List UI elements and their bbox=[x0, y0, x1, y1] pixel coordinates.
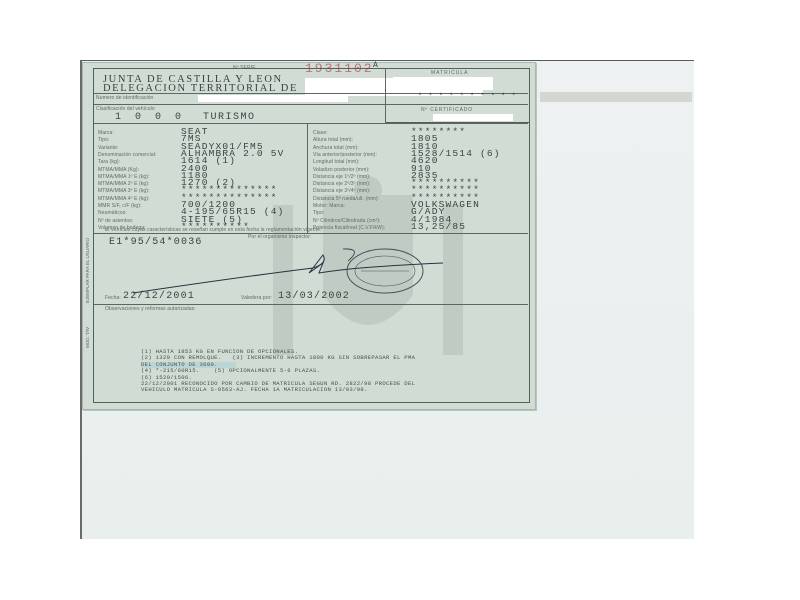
field-label: Nº de asientos: bbox=[98, 218, 133, 224]
field-label: MTMA/MMA 1º E (kg): bbox=[98, 174, 150, 180]
observations-label: Observaciones y reformas autorizadas: bbox=[105, 306, 196, 312]
vehicle-technical-card: Nº SERIE 1931102 A JUNTA DE CASTILLA Y L… bbox=[82, 62, 536, 410]
inspector-label: Por el organismo inspector: bbox=[248, 234, 312, 240]
certificado-label: Nº CERTIFICADO bbox=[421, 107, 473, 113]
redacted-certificado bbox=[433, 114, 513, 121]
field-label: MTMA/MMA 4º E (kg): bbox=[98, 196, 150, 202]
fecha-value: 22/12/2001 bbox=[123, 291, 195, 302]
field-label: Vía anterior/posterior (mm): bbox=[313, 152, 377, 158]
valedero-value: 13/03/2002 bbox=[278, 291, 350, 302]
divider bbox=[93, 104, 528, 105]
field-label: MTMA/MMA 2º E (kg): bbox=[98, 181, 150, 187]
field-label: Tara (kg): bbox=[98, 159, 120, 165]
field-label: Distancia 5ª rueda/ult. (mm): bbox=[313, 196, 379, 202]
field-label: Neumáticos: bbox=[98, 210, 127, 216]
fecha-label: Fecha: bbox=[105, 295, 121, 301]
divider bbox=[93, 123, 528, 124]
field-label: Tipo: bbox=[98, 137, 109, 143]
field-label: Altura total (mm): bbox=[313, 137, 353, 143]
field-label: Marca: bbox=[98, 130, 114, 136]
valedero-label: Valedera por: bbox=[241, 295, 272, 301]
field-label: MTMA/MMA 3º E (kg): bbox=[98, 188, 150, 194]
matricula-dots: * * * * * * * * * * bbox=[418, 93, 517, 101]
field-label: Clase: bbox=[313, 130, 328, 136]
field-label: Motor: Marca: bbox=[313, 203, 345, 209]
field-label: Distancia eje 3º/4º (mm): bbox=[313, 188, 371, 194]
field-label: MMR S/F, c/F (kg): bbox=[98, 203, 141, 209]
observation-line: VEHICULO MATRICULA S-9563-AJ. FECHA 1A M… bbox=[141, 387, 368, 393]
compliance-text: El vehículo cuyas características se res… bbox=[105, 227, 322, 233]
identificacion-label: Numero de identificación bbox=[96, 95, 153, 101]
matricula-label: MATRICULA bbox=[431, 70, 469, 76]
field-label: Tipo: bbox=[313, 210, 324, 216]
field-value: 13,25/85 bbox=[411, 221, 466, 232]
divider bbox=[385, 68, 386, 123]
field-label: Nº Cilindros/Cilindrada (cm³): bbox=[313, 218, 381, 224]
field-label: Voladizo posterior (mm): bbox=[313, 167, 370, 173]
field-label: Denominación comercial: bbox=[98, 152, 156, 158]
field-label: Longitud total (mm): bbox=[313, 159, 359, 165]
divider bbox=[93, 304, 528, 305]
field-label: Anchura total (mm): bbox=[313, 145, 359, 151]
redacted-vin bbox=[198, 95, 348, 102]
field-label: Potencia fiscal/real (C.V.F/kW): bbox=[313, 225, 385, 231]
copy-label: EJEMPLAR PARA EL USUARIO bbox=[85, 238, 90, 303]
redacted-matricula bbox=[393, 77, 493, 90]
field-label: Distancia eje 2º/3º (mm): bbox=[313, 181, 371, 187]
field-label: MTMA/MMA (Kg): bbox=[98, 167, 139, 173]
field-label: Distancia eje 1º/2º (mm): bbox=[313, 174, 371, 180]
clasificacion-code: 1 0 0 0 bbox=[115, 112, 185, 123]
divider bbox=[307, 123, 308, 233]
page-edge-strip bbox=[540, 92, 692, 102]
form-code: MOD. T/IV bbox=[85, 327, 90, 348]
clasificacion-value: TURISMO bbox=[203, 112, 256, 123]
official-stamp bbox=[345, 247, 425, 295]
field-label: Variante: bbox=[98, 145, 119, 151]
